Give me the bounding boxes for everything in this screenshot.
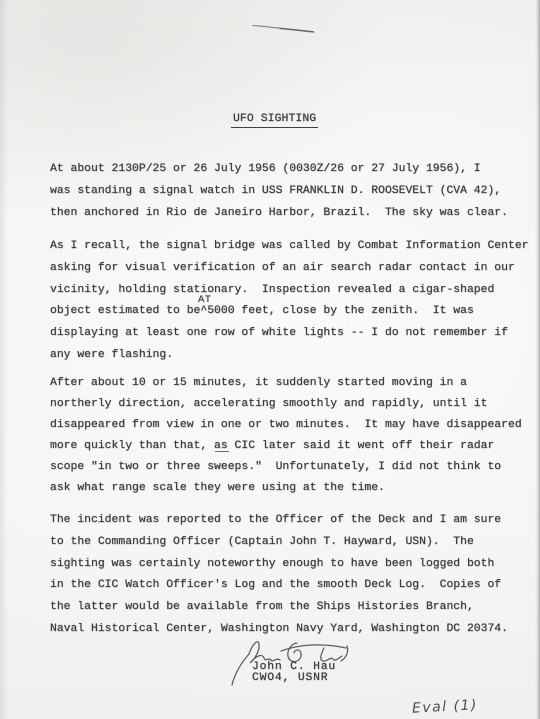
pen-stroke-mark <box>250 20 320 38</box>
paper-left-shadow <box>0 0 8 719</box>
underline-mark-under-as <box>215 451 229 452</box>
signature-typed-name-rank: John C. Hau CWO4, USNR <box>252 662 336 684</box>
document-title: UFO SIGHTING <box>231 113 318 128</box>
paragraph-cic-call-description: As I recall, the signal bridge was calle… <box>50 236 529 367</box>
scanned-document-page: UFO SIGHTING At about 2130P/25 or 26 Jul… <box>0 0 540 719</box>
paper-right-edge-shadow <box>535 0 540 719</box>
typed-insertion-above-caret: AT <box>198 294 212 306</box>
paragraph-sighting-time-place: At about 2130P/25 or 26 July 1956 (0030Z… <box>50 159 508 224</box>
paragraph-reporting-logs: The incident was reported to the Officer… <box>50 510 508 641</box>
handwritten-eval-note: Eval (1) <box>412 697 479 716</box>
paragraph-object-departure: After about 10 or 15 minutes, it suddenl… <box>50 373 522 499</box>
